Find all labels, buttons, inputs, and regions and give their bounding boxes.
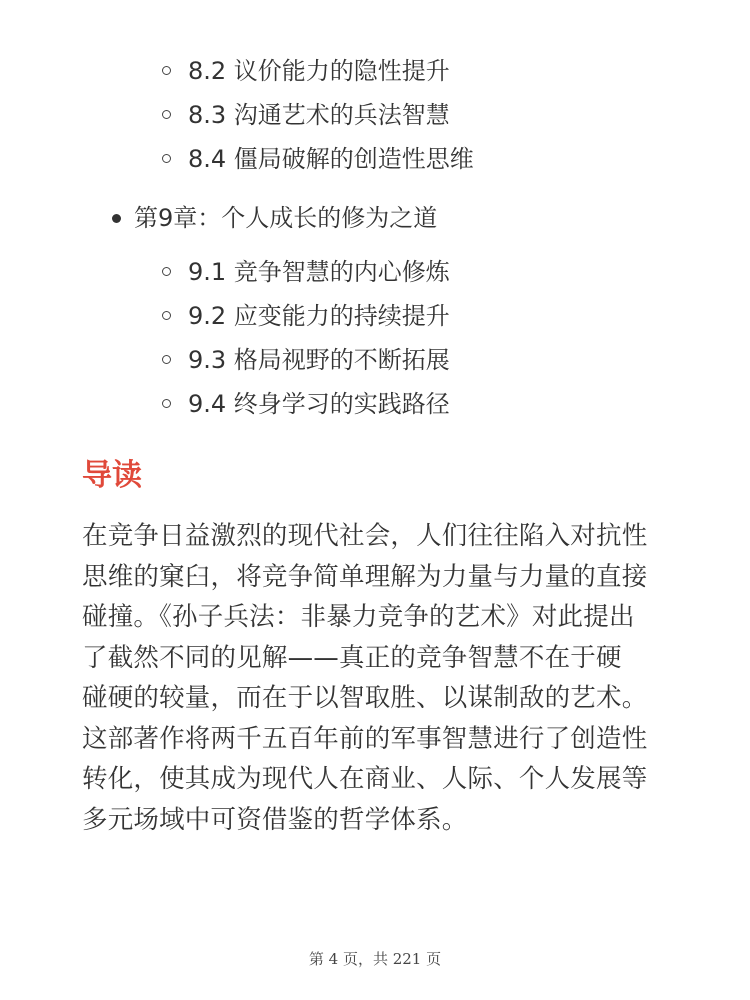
paragraph-line: 了截然不同的见解——真正的竞争智慧不在于硬	[82, 638, 672, 679]
paragraph-line: 转化，使其成为现代人在商业、人际、个人发展等	[82, 759, 672, 800]
paragraph-line: 思维的窠臼，将竞争简单理解为力量与力量的直接	[82, 557, 672, 598]
intro-paragraph: 在竞争日益激烈的现代社会，人们往往陷入对抗性 思维的窠臼，将竞争简单理解为力量与…	[82, 516, 672, 840]
toc-item-8-3: 8.3 沟通艺术的兵法智慧	[160, 93, 474, 137]
chapter-8-subsection-list: 8.2 议价能力的隐性提升 8.3 沟通艺术的兵法智慧 8.4 僵局破解的创造性…	[160, 49, 474, 181]
hollow-bullet-icon	[162, 110, 171, 119]
section-heading: 导读	[82, 454, 142, 498]
paragraph-line: 碰撞。《孙子兵法：非暴力竞争的艺术》对此提出	[82, 597, 672, 638]
toc-item-label: 9.2 应变能力的持续提升	[188, 302, 450, 330]
toc-item-label: 8.3 沟通艺术的兵法智慧	[188, 101, 450, 129]
toc-item-label: 8.4 僵局破解的创造性思维	[188, 145, 474, 173]
document-page: 8.2 议价能力的隐性提升 8.3 沟通艺术的兵法智慧 8.4 僵局破解的创造性…	[0, 0, 750, 1000]
toc-item-8-4: 8.4 僵局破解的创造性思维	[160, 137, 474, 181]
hollow-bullet-icon	[162, 311, 171, 320]
toc-item-label: 9.1 竞争智慧的内心修炼	[188, 258, 450, 286]
paragraph-line: 碰硬的较量，而在于以智取胜、以谋制敌的艺术。	[82, 678, 672, 719]
hollow-bullet-icon	[162, 355, 171, 364]
toc-item-9-3: 9.3 格局视野的不断拓展	[160, 338, 450, 382]
paragraph-line: 多元场域中可资借鉴的哲学体系。	[82, 800, 672, 841]
toc-item-9-1: 9.1 竞争智慧的内心修炼	[160, 250, 450, 294]
toc-item-9-4: 9.4 终身学习的实践路径	[160, 382, 450, 426]
chapter-9-subsection-list: 9.1 竞争智慧的内心修炼 9.2 应变能力的持续提升 9.3 格局视野的不断拓…	[160, 250, 450, 426]
hollow-bullet-icon	[162, 267, 171, 276]
toc-item-label: 9.4 终身学习的实践路径	[188, 390, 450, 418]
paragraph-line: 在竞争日益激烈的现代社会，人们往往陷入对抗性	[82, 516, 672, 557]
toc-item-label: 8.2 议价能力的隐性提升	[188, 57, 450, 85]
filled-bullet-icon	[112, 214, 121, 223]
hollow-bullet-icon	[162, 66, 171, 75]
toc-item-9-2: 9.2 应变能力的持续提升	[160, 294, 450, 338]
page-number-footer: 第 4 页，共 221 页	[0, 948, 750, 969]
toc-item-label: 9.3 格局视野的不断拓展	[188, 346, 450, 374]
paragraph-line: 这部著作将两千五百年前的军事智慧进行了创造性	[82, 719, 672, 760]
hollow-bullet-icon	[162, 154, 171, 163]
toc-chapter-label: 第9章：个人成长的修为之道	[134, 204, 437, 232]
toc-item-8-2: 8.2 议价能力的隐性提升	[160, 49, 474, 93]
toc-chapter-9: 第9章：个人成长的修为之道	[112, 196, 437, 240]
hollow-bullet-icon	[162, 399, 171, 408]
